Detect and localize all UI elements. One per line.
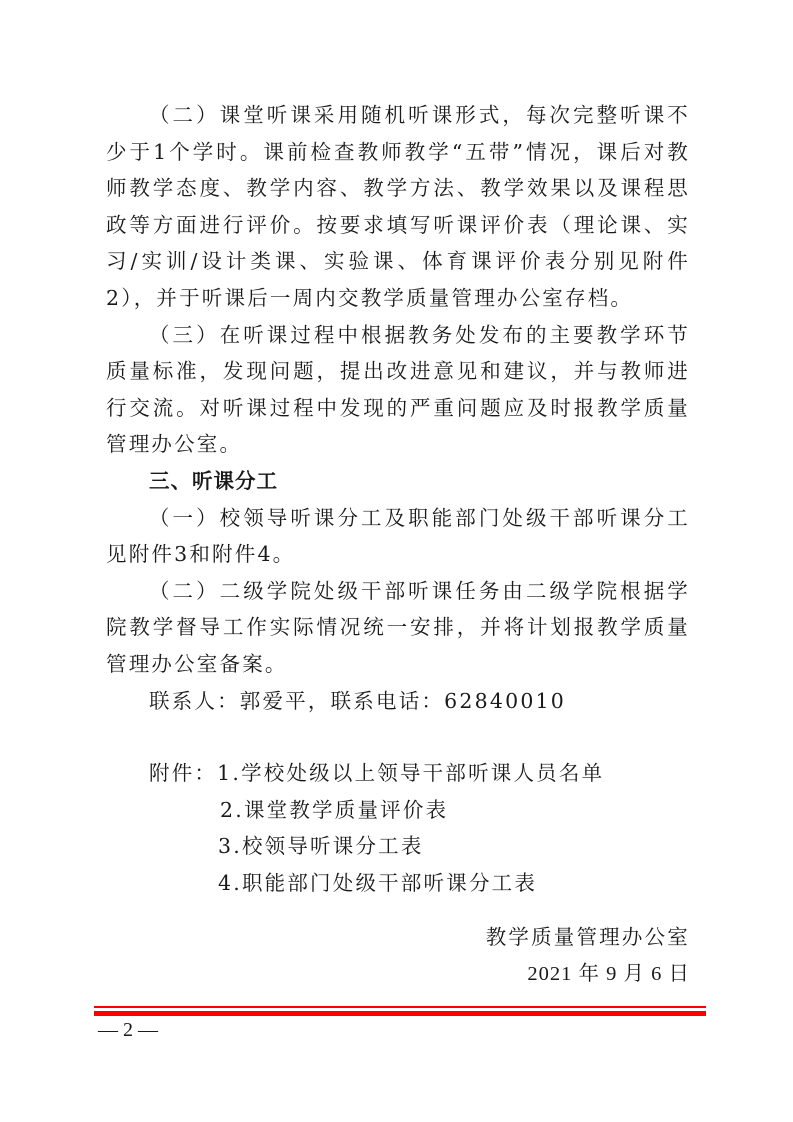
paragraph-quality-standards: （三）在听课过程中根据教务处发布的主要教学环节质量标准，发现问题，提出改进意见和… bbox=[106, 317, 690, 463]
attachment-row-4: 4.职能部门处级干部听课分工表 bbox=[106, 865, 690, 902]
paragraph-classroom-observation: （二）课堂听课采用随机听课形式，每次完整听课不少于1个学时。课前检查教师教学“五… bbox=[106, 97, 690, 317]
signature-organization: 教学质量管理办公室 bbox=[106, 919, 690, 956]
attachment-item-1: 1.学校处级以上领导干部听课人员名单 bbox=[217, 761, 604, 785]
attachment-item-4: 4.职能部门处级干部听课分工表 bbox=[218, 871, 537, 895]
contact-info: 联系人：郭爱平，联系电话：62840010 bbox=[106, 683, 690, 720]
footer-rule-thick bbox=[94, 1011, 706, 1016]
spacer bbox=[106, 719, 690, 755]
attachment-row-1: 附件：1.学校处级以上领导干部听课人员名单 bbox=[106, 755, 690, 792]
attachments-label: 附件： bbox=[149, 761, 217, 785]
attachment-item-2: 2.课堂教学质量评价表 bbox=[220, 798, 448, 822]
attachment-row-3: 3.校领导听课分工表 bbox=[106, 828, 690, 865]
paragraph-leader-assignment: （一）校领导听课分工及职能部门处级干部听课分工见附件3和附件4。 bbox=[106, 500, 690, 573]
signature-date: 2021 年 9 月 6 日 bbox=[106, 956, 690, 993]
attachments-block: 附件：1.学校处级以上领导干部听课人员名单 2.课堂教学质量评价表 3.校领导听… bbox=[106, 755, 690, 901]
attachment-item-3: 3.校领导听课分工表 bbox=[218, 834, 424, 858]
footer-rule-thin bbox=[94, 1006, 706, 1008]
paragraph-college-assignment: （二）二级学院处级干部听课任务由二级学院根据学院教学督导工作实际情况统一安排，并… bbox=[106, 573, 690, 683]
document-page: （二）课堂听课采用随机听课形式，每次完整听课不少于1个学时。课前检查教师教学“五… bbox=[0, 0, 793, 1122]
spacer bbox=[106, 901, 690, 919]
section-heading-assignment: 三、听课分工 bbox=[106, 463, 690, 500]
attachment-row-2: 2.课堂教学质量评价表 bbox=[106, 792, 690, 829]
document-body: （二）课堂听课采用随机听课形式，每次完整听课不少于1个学时。课前检查教师教学“五… bbox=[106, 97, 690, 993]
page-number: — 2 — bbox=[98, 1019, 158, 1042]
